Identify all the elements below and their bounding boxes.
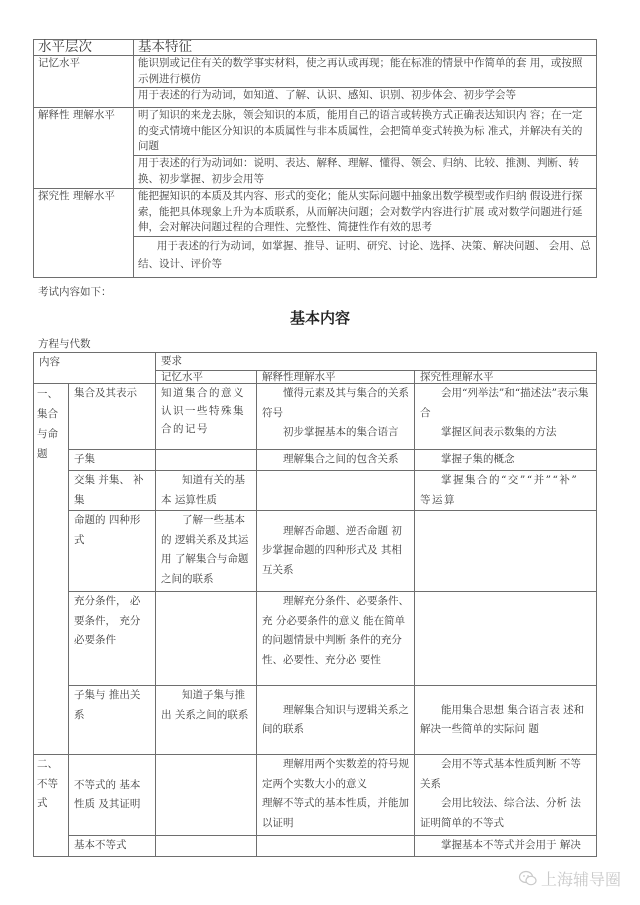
explore-line: 掌握区间表示数集的方法 [420,423,591,443]
explain-cell: 理解否命题、逆否命题 初步掌握命题的四种形式及 其相互关系 [257,511,415,592]
topic-cell: 子集 [69,450,156,471]
topic-cell: 子集与 推出关系 [69,686,156,755]
explore-line: 会用“列举法”和“描述法”表示集合 [420,384,591,423]
table-row: 记忆水平 能识别或记住有关的数学事实材料，使之再认或再现；能在标准的情景中作简单… [34,56,597,88]
chapter-text: 二、不等式 [37,758,58,809]
explore-cell: 掌握集合的“交”“并”“补” 等运算 [415,471,597,511]
topic-cell: 交集 并集、 补集 [69,471,156,511]
memory-cell: 知道有关的基本 运算性质 [156,471,257,511]
explain-cell: 懂得元素及其与集合的关系 符号 初步掌握基本的集合语言 [257,384,415,450]
table-row: 探究性 理解水平 能把握知识的本质及其内容、形式的变化；能从实际问题中抽象出数学… [34,189,597,237]
explore-cell: 会用不等式基本性质判断 不等关系 会用比较法、综合法、分析 法证明简单的不等式 [415,755,597,836]
explore-cell [415,592,597,686]
level-feature: 明了知识的来龙去脉，领会知识的本质，能用自己的语言或转换方式正确表达知识内 容；… [134,108,597,156]
chapter-text: 一、集合与命题 [37,388,58,460]
level-feature: 能把握知识的本质及其内容、形式的变化；能从实际问题中抽象出数学模型或作归纳 假设… [134,189,597,237]
explore-line: 会用比较法、综合法、分析 法证明简单的不等式 [420,794,591,833]
memory-cell [156,755,257,836]
explain-cell: 理解集合知识与逻辑关系之 间的联系 [257,686,415,755]
memory-cell [156,592,257,686]
explain-cell [257,836,415,857]
wechat-icon [518,870,538,887]
explain-cell: 理解用两个实数差的符号规 定两个实数大小的意义 理解不等式的基本性质，并能加以证… [257,755,415,836]
header-explore: 探究性理解水平 [415,371,597,384]
memory-cell: 知道集合的意义认识一些特殊集合的记号 [156,384,257,450]
topic-cell: 集合及其表示 [69,384,156,450]
subsection-caption: 方程与代数 [38,336,91,351]
explain-line: 懂得元素及其与集合的关系 符号 [262,384,409,423]
header-explain: 解释性理解水平 [257,371,415,384]
explain-line: 理解用两个实数差的符号规 定两个实数大小的意义 [262,755,409,794]
level-feature: 能识别或记住有关的数学事实材料，使之再认或再现；能在标准的情景中作简单的套 用，… [134,56,597,88]
header-feature: 基本特征 [134,40,597,56]
level-name: 记忆水平 [34,56,134,108]
explore-line: 会用不等式基本性质判断 不等关系 [420,755,591,794]
section-title: 基本内容 [0,307,640,328]
memory-cell: 知道子集与推出 关系之间的联系 [156,686,257,755]
table-row: 基本不等式 掌握基本不等式并会用于 解决 [34,836,597,857]
explore-cell: 会用“列举法”和“描述法”表示集合 掌握区间表示数集的方法 [415,384,597,450]
header-content: 内容 [34,353,156,384]
level-name: 探究性 理解水平 [34,189,134,278]
explain-cell: 理解充分条件、必要条件、充 分必要条件的意义 能在简单的问题情景中判断 条件的充… [257,592,415,686]
table-row: 子集 理解集合之间的包含关系 掌握子集的概念 [34,450,597,471]
chapter-label: 二、不等式 [34,755,69,857]
header-requirements: 要求 [156,353,597,371]
table-row: 充分条件， 必要条件， 充分必要条件 理解充分条件、必要条件、充 分必要条件的意… [34,592,597,686]
explore-cell: 掌握子集的概念 [415,450,597,471]
explain-cell [257,471,415,511]
chapter-label: 一、集合与命题 [34,384,69,755]
header-memory: 记忆水平 [156,371,257,384]
memory-cell [156,450,257,471]
memory-cell [156,836,257,857]
topic-cell: 充分条件， 必要条件， 充分必要条件 [69,592,156,686]
explore-cell: 能用集合思想 集合语言表 述和解决一些简单的实际问 题 [415,686,597,755]
topic-cell: 命题的 四种形式 [69,511,156,592]
header-level: 水平层次 [34,40,134,56]
table-row: 解释性 理解水平 明了知识的来龙去脉，领会知识的本质，能用自己的语言或转换方式正… [34,108,597,156]
levels-table: 水平层次 基本特征 记忆水平 能识别或记住有关的数学事实材料，使之再认或再现；能… [33,39,597,278]
level-verbs: 用于表述的行为动词，如掌握、推导、证明、研究、讨论、选择、决策、解决问题、 会用… [134,237,597,278]
explore-cell [415,511,597,592]
content-table-header: 内容 要求 [34,353,597,371]
table-row: 命题的 四种形式 了解一些基本的 逻辑关系及其运用 了解集合与命题 之间的联系 … [34,511,597,592]
exam-caption: 考试内容如下： [38,284,112,299]
explain-line: 理解不等式的基本性质，并能加以证明 [262,794,409,833]
level-verbs: 用于表述的行为动词如：说明、表达、解释、理解、懂得、领会、归纳、比较、推测、判断… [134,156,597,189]
explain-line: 初步掌握基本的集合语言 [262,423,409,443]
table-row: 二、不等式 不等式的 基本性质 及其证明 理解用两个实数差的符号规 定两个实数大… [34,755,597,836]
memory-cell: 了解一些基本的 逻辑关系及其运用 了解集合与命题 之间的联系 [156,511,257,592]
table-row: 一、集合与命题 集合及其表示 知道集合的意义认识一些特殊集合的记号 懂得元素及其… [34,384,597,450]
table-row: 交集 并集、 补集 知道有关的基本 运算性质 掌握集合的“交”“并”“补” 等运… [34,471,597,511]
explore-cell: 掌握基本不等式并会用于 解决 [415,836,597,857]
level-name: 解释性 理解水平 [34,108,134,189]
topic-cell: 基本不等式 [69,836,156,857]
levels-table-header: 水平层次 基本特征 [34,40,597,56]
watermark-text: 上海辅导圈 [541,867,621,890]
explain-cell: 理解集合之间的包含关系 [257,450,415,471]
content-table: 内容 要求 记忆水平 解释性理解水平 探究性理解水平 一、集合与命题 集合及其表… [33,352,597,857]
table-row: 子集与 推出关系 知道子集与推出 关系之间的联系 理解集合知识与逻辑关系之 间的… [34,686,597,755]
watermark: 上海辅导圈 [518,867,621,890]
topic-cell: 不等式的 基本性质 及其证明 [69,755,156,836]
level-verbs: 用于表述的行为动词，如知道、了解、认识、感知、识别、初步体会、初步学会等 [134,88,597,108]
